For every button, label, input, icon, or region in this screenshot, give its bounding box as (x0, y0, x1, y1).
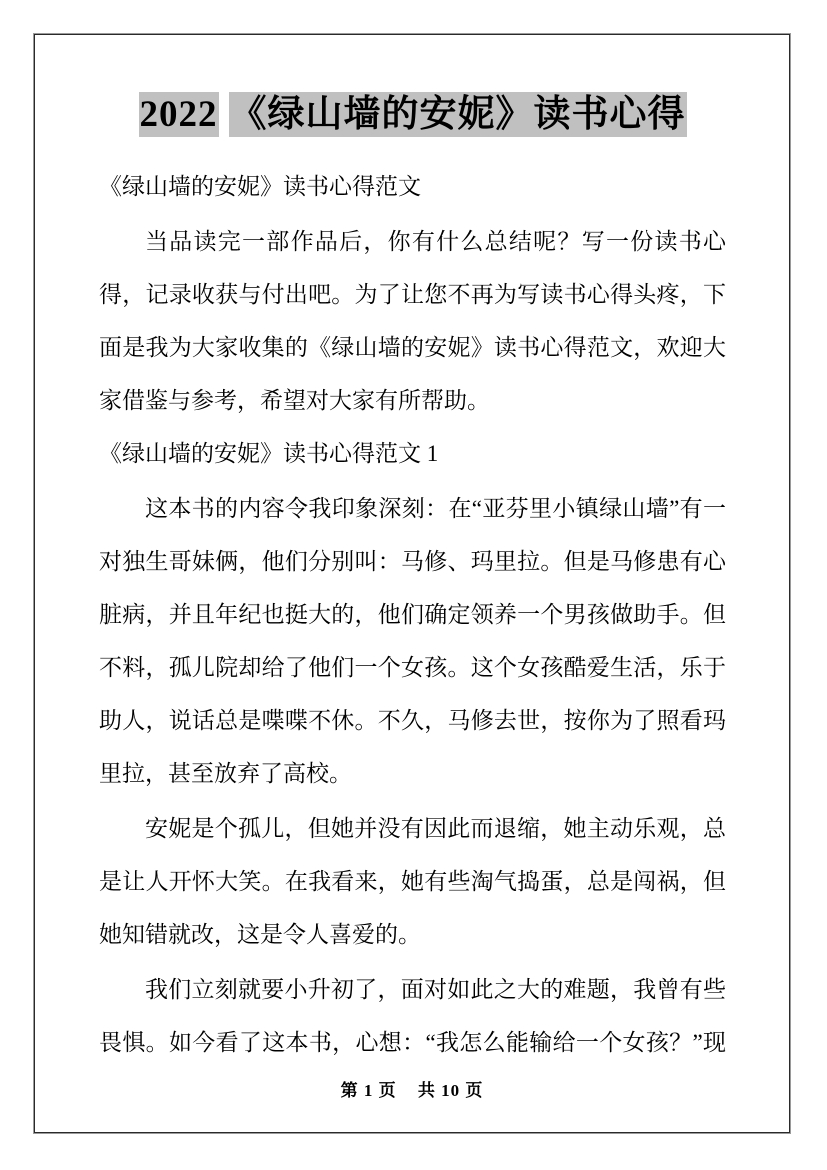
paragraph: 安妮是个孤儿，但她并没有因此而退缩，她主动乐观，总是让人开怀大笑。在我看来，她有… (99, 802, 726, 961)
document-title: 2022《绿山墙的安妮》读书心得 (99, 90, 726, 140)
document-page: { "document": { "title": { "year": "2022… (0, 0, 827, 1170)
section-heading: 《绿山墙的安妮》读书心得范文 1 (99, 427, 726, 480)
page-footer: 第 1 页 共 10 页 (34, 1076, 790, 1101)
page-number: 第 1 页 (341, 1081, 397, 1100)
document-body: 《绿山墙的安妮》读书心得范文 当品读完一部作品后，你有什么总结呢？写一份读书心得… (99, 160, 726, 1063)
paragraph: 当品读完一部作品后，你有什么总结呢？写一份读书心得，记录收获与付出吧。为了让您不… (99, 215, 726, 427)
document-content: 2022《绿山墙的安妮》读书心得 《绿山墙的安妮》读书心得范文 当品读完一部作品… (34, 34, 790, 1063)
paragraph: 我们立刻就要小升初了，面对如此之大的难题，我曾有些畏惧。如今看了这本书，心想：“… (99, 963, 726, 1063)
title-main-highlight: 《绿山墙的安妮》读书心得 (229, 92, 687, 137)
title-year-highlight: 2022 (139, 92, 219, 137)
page-border-frame: 2022《绿山墙的安妮》读书心得 《绿山墙的安妮》读书心得范文 当品读完一部作品… (33, 33, 791, 1134)
paragraph: 这本书的内容令我印象深刻：在“亚芬里小镇绿山墙”有一对独生哥妹俩，他们分别叫：马… (99, 482, 726, 800)
section-label: 《绿山墙的安妮》读书心得范文 (99, 160, 726, 213)
page-total: 共 10 页 (418, 1081, 484, 1100)
